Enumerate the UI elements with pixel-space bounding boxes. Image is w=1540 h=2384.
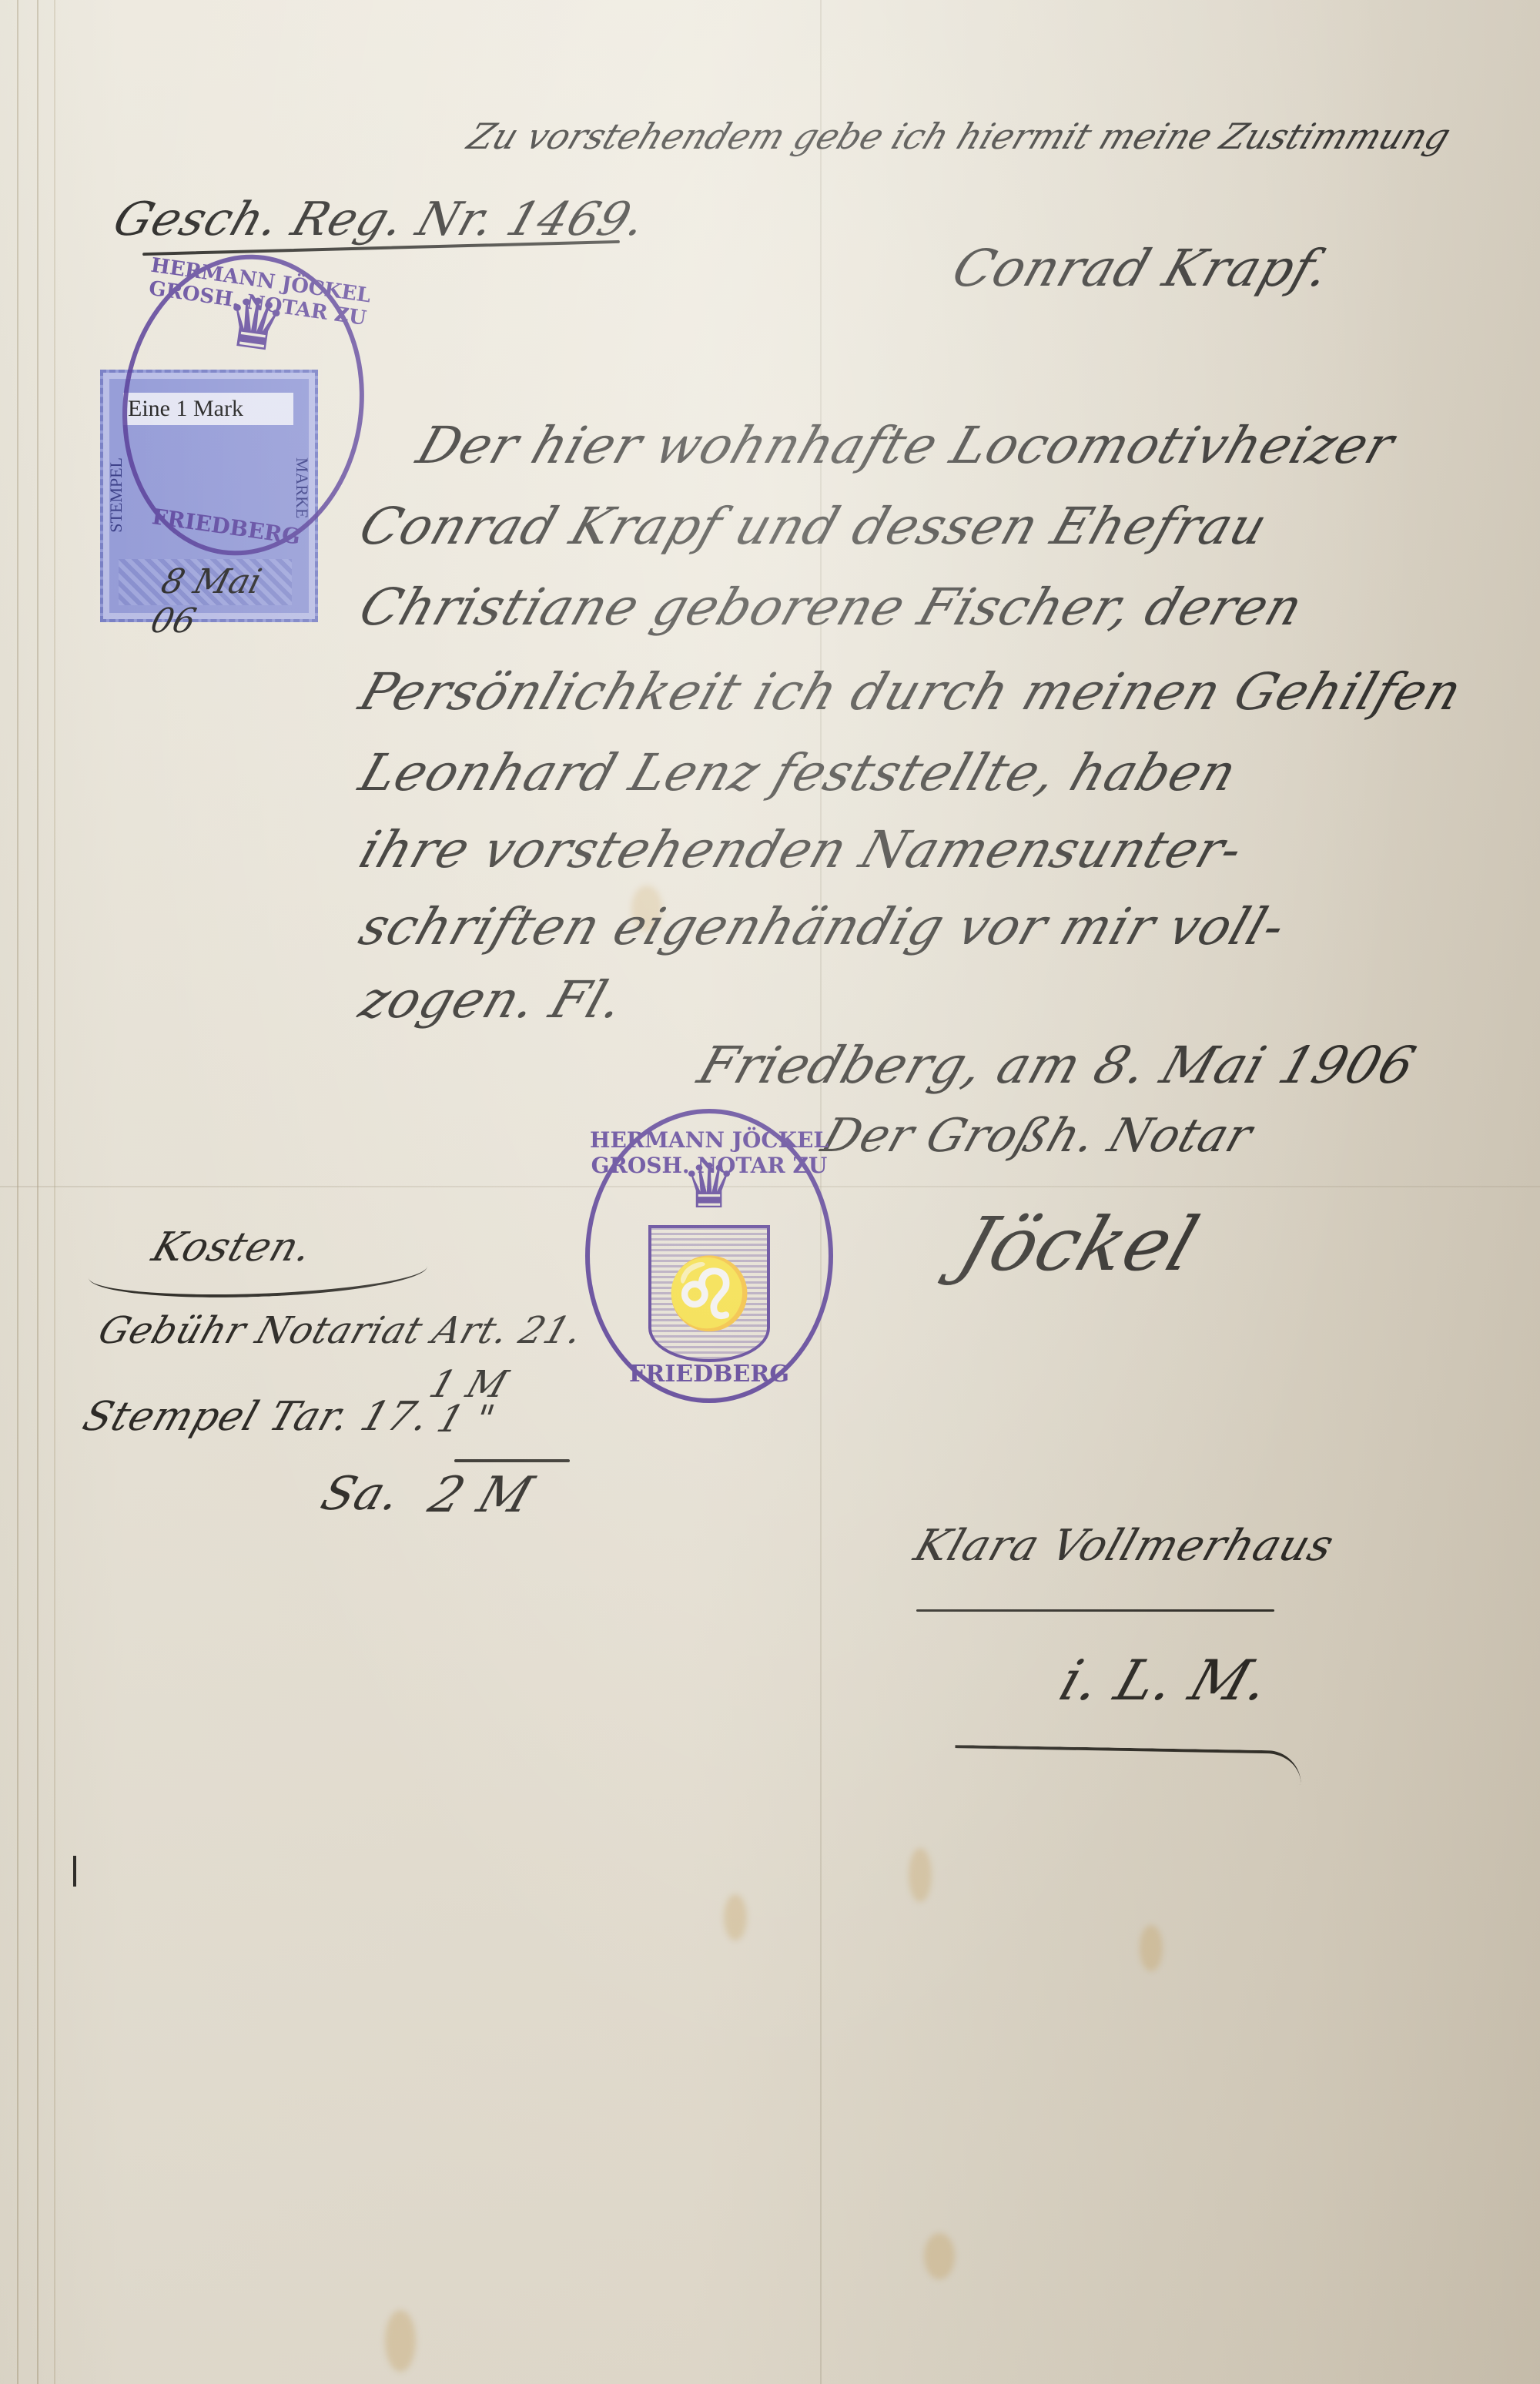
costs-total: 2 M: [422, 1467, 541, 1524]
body-line-2: Conrad Krapf und dessen Ehefrau: [352, 497, 1274, 556]
stamp-date-band: 8 Mai 06: [119, 559, 292, 605]
age-stain: [724, 1894, 747, 1940]
costs-total-label: Sa.: [315, 1467, 409, 1521]
page-edge: [37, 0, 38, 2384]
body-line-7: schriften eigenhändig vor mir voll-: [352, 897, 1293, 956]
crown-icon: ♛: [681, 1156, 737, 1217]
notary-signature: Jöckel: [949, 1201, 1209, 1287]
signature-underline: [916, 1609, 1274, 1612]
approval-note: Zu vorstehendem gebe ich hiermit meine Z…: [462, 116, 1456, 157]
cost-item-2-label: Stempel Tar. 17.: [77, 1394, 436, 1440]
age-stain: [924, 2233, 955, 2279]
notary-seal-lower: HERMANN JÖCKEL GROSH. NOTAR ZU ♛ ♌ FRIED…: [585, 1109, 833, 1403]
mark-underline: [955, 1745, 1302, 1785]
cost-item-1-label: Gebühr Notariat Art. 21.: [93, 1309, 589, 1352]
notary-title: Der Großh. Notar: [815, 1109, 1260, 1163]
place-date: Friedberg, am 8. Mai 1906: [691, 1036, 1423, 1095]
crown-icon: ♛: [219, 286, 290, 363]
notary-seal-upper: HERMANN JÖCKEL GROSH. NOTAR ZU ♛ FRIEDBE…: [103, 239, 383, 571]
body-line-3: Christiane geborene Fischer, deren: [352, 578, 1311, 637]
body-line-6: ihre vorstehenden Namensunter-: [352, 820, 1250, 879]
lion-shield-icon: ♌: [648, 1225, 770, 1362]
signature-klara: Klara Vollmerhaus: [908, 1521, 1340, 1571]
costs-heading-flourish: [88, 1241, 428, 1302]
seal-place-text: FRIEDBERG: [590, 1361, 829, 1388]
document-page: Zu vorstehendem gebe ich hiermit meine Z…: [0, 0, 1540, 2384]
age-stain: [909, 1848, 932, 1902]
stamp-cancel-date: 8 Mai 06: [146, 562, 302, 641]
page-edge: [17, 0, 18, 2384]
register-number: Gesch. Reg. Nr. 1469.: [107, 193, 654, 246]
body-line-8: zogen. Fl.: [352, 970, 631, 1030]
ink-mark: [73, 1856, 76, 1887]
body-line-5: Leonhard Lenz feststellte, haben: [352, 743, 1244, 802]
witness-mark: i. L. M.: [1052, 1648, 1278, 1713]
page-edge: [54, 0, 55, 2384]
age-stain: [385, 2310, 416, 2372]
lion-icon: ♌: [666, 1254, 752, 1334]
body-line-4: Persönlichkeit ich durch meinen Gehilfen: [352, 662, 1469, 722]
costs-sum-line: [454, 1459, 570, 1462]
body-line-1: Der hier wohnhafte Locomotivheizer: [410, 416, 1401, 475]
age-stain: [1140, 1925, 1163, 1971]
signature-conrad-krapf: Conrad Krapf.: [945, 239, 1337, 298]
